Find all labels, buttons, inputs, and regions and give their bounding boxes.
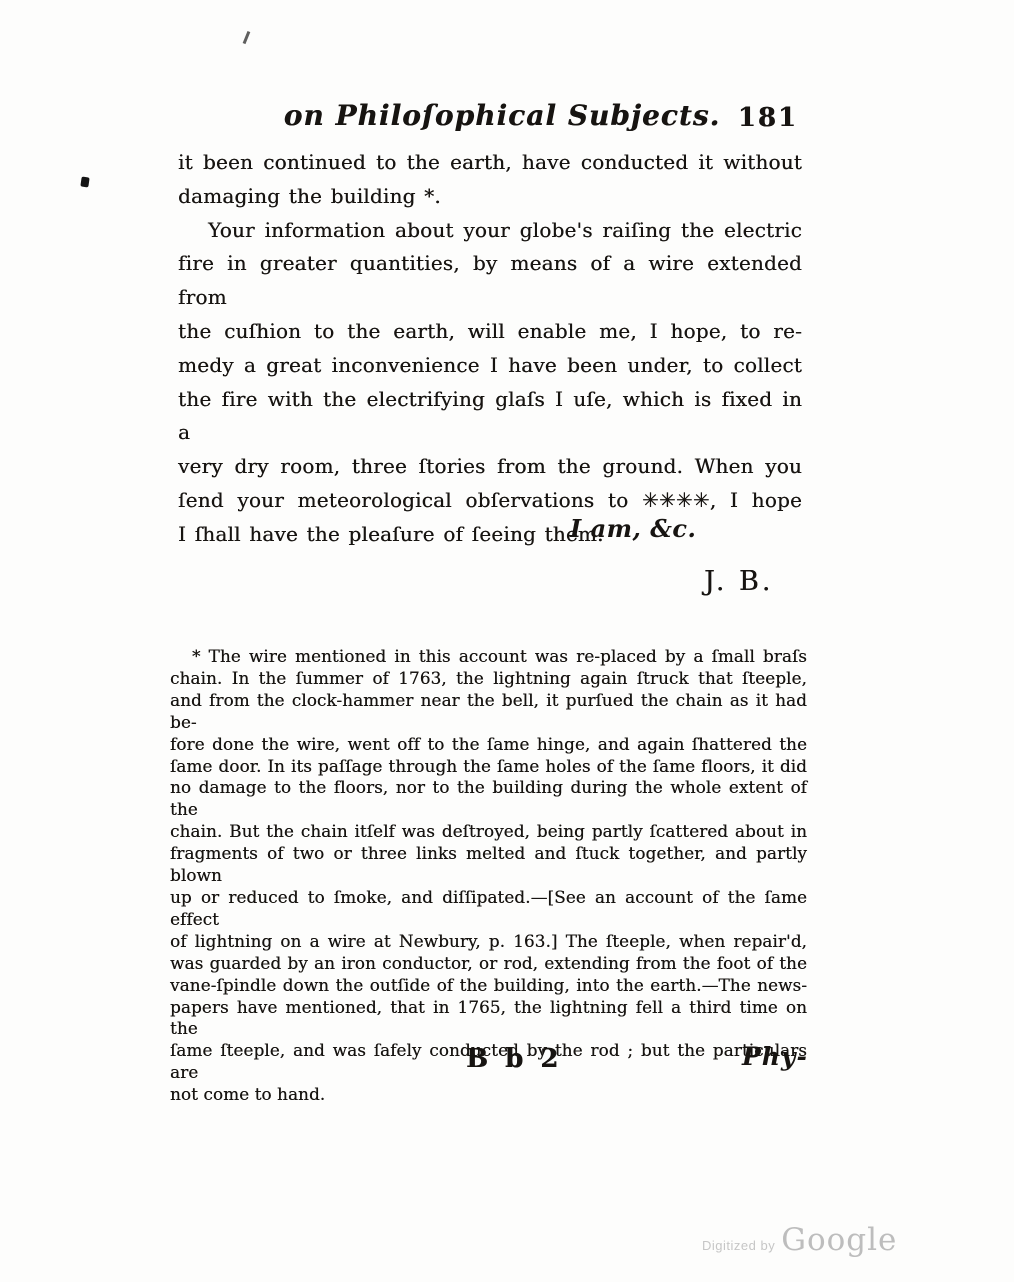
body-text-line: ſend your meteorological obſervations to… bbox=[178, 484, 802, 518]
footnote-line: chain. In the ſummer of 1763, the lightn… bbox=[170, 668, 807, 690]
footnote-line: fore done the wire, went off to the ſame… bbox=[170, 734, 807, 756]
scan-artifact-tick-icon bbox=[243, 31, 250, 44]
letter-body-text: it been continued to the earth, have con… bbox=[178, 146, 802, 552]
book-page: on Philoſophical Subjects. 181 it been c… bbox=[0, 0, 1014, 1282]
footnote-line: up or reduced to ſmoke, and diſſipated.—… bbox=[170, 887, 807, 931]
body-text-line: fire in greater quantities, by means of … bbox=[178, 247, 802, 315]
body-text-line: it been continued to the earth, have con… bbox=[178, 146, 802, 180]
body-text-line: damaging the building *. bbox=[178, 180, 802, 214]
google-logo: Google bbox=[781, 1222, 897, 1258]
signature-initials: J. B. bbox=[704, 566, 773, 597]
footnote-line: chain. But the chain itſelf was deſtroye… bbox=[170, 821, 807, 843]
closing-salutation: I am, &c. bbox=[570, 514, 696, 543]
catchword: Phy- bbox=[742, 1042, 808, 1071]
footnote-line: * The wire mentioned in this account was… bbox=[170, 646, 807, 668]
footnote-line: ſame door. In its paſſage through the ſa… bbox=[170, 756, 807, 778]
body-text-line: Your information about your globe's raiſ… bbox=[178, 214, 802, 248]
body-text-line: very dry room, three ſtories from the gr… bbox=[178, 450, 802, 484]
page-number: 181 bbox=[738, 103, 798, 133]
watermark-prefix-text: Digitized by bbox=[702, 1238, 775, 1253]
body-text-line: I ſhall have the pleaſure of ſeeing them… bbox=[178, 518, 802, 552]
digitized-watermark: Digitized by Google bbox=[702, 1222, 897, 1258]
page-header: on Philoſophical Subjects. 181 bbox=[178, 99, 802, 139]
footnote-line: vane-ſpindle down the outſide of the bui… bbox=[170, 975, 807, 997]
footnote-line: no damage to the floors, nor to the buil… bbox=[170, 777, 807, 821]
signature-mark: B b 2 bbox=[466, 1044, 562, 1074]
scan-artifact-speck-icon bbox=[80, 176, 89, 187]
footnote-line: of lightning on a wire at Newbury, p. 16… bbox=[170, 931, 807, 953]
footnote-line: fragments of two or three links melted a… bbox=[170, 843, 807, 887]
body-text-line: the fire with the electrifying glaſs I u… bbox=[178, 383, 802, 451]
body-text-line: the cuſhion to the earth, will enable me… bbox=[178, 315, 802, 349]
body-text-line: medy a great inconvenience I have been u… bbox=[178, 349, 802, 383]
footnote-line: and from the clock-hammer near the bell,… bbox=[170, 690, 807, 734]
footnote-line: not come to hand. bbox=[170, 1084, 807, 1106]
footnote-line: papers have mentioned, that in 1765, the… bbox=[170, 997, 807, 1041]
running-title: on Philoſophical Subjects. bbox=[190, 99, 814, 132]
footnote-line: was guarded by an iron conductor, or rod… bbox=[170, 953, 807, 975]
footnote-text: * The wire mentioned in this account was… bbox=[170, 646, 807, 1106]
